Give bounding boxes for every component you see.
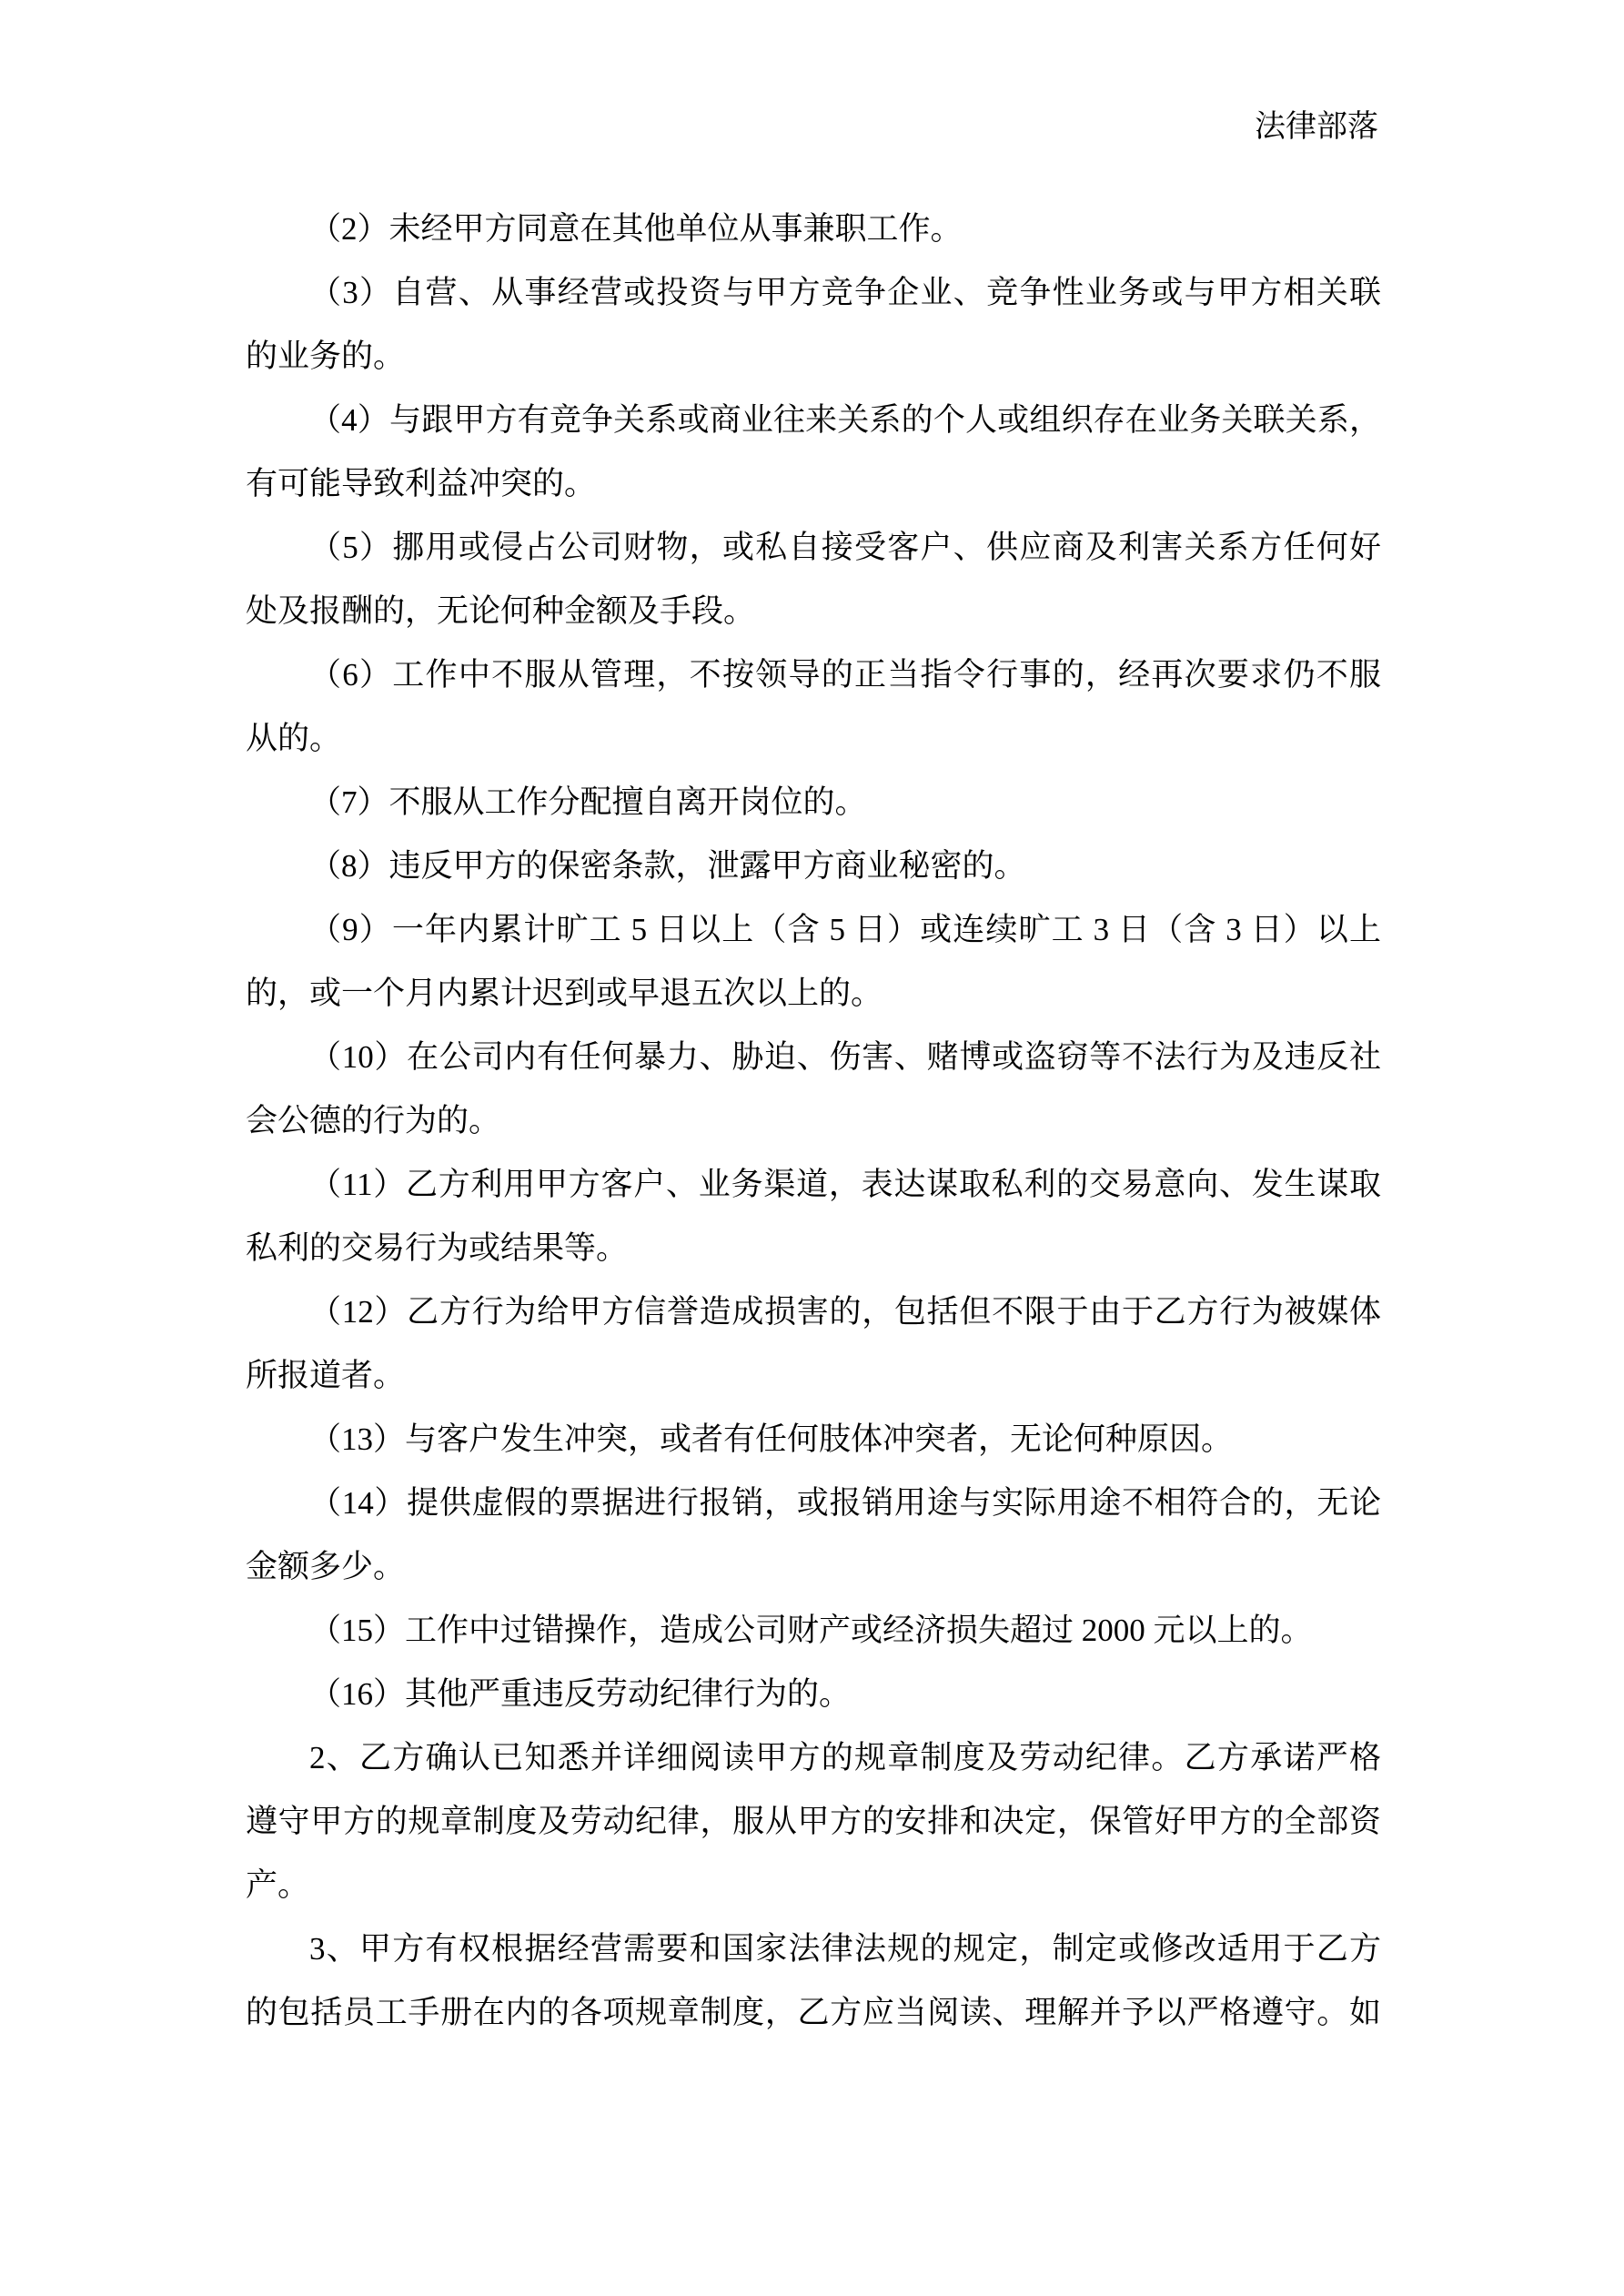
text-line: 会公德的行为的。 xyxy=(246,1089,1381,1153)
text-line: 的包括员工手册在内的各项规章制度，乙方应当阅读、理解并予以严格遵守。如 xyxy=(246,1981,1381,2045)
text-line: （7）不服从工作分配擅自离开岗位的。 xyxy=(246,771,1381,834)
text-line: 的业务的。 xyxy=(246,325,1381,389)
text-line: 从的。 xyxy=(246,707,1381,771)
text-line: （10）在公司内有任何暴力、胁迫、伤害、赌博或盗窃等不法行为及违反社 xyxy=(246,1026,1381,1089)
text-line: 的，或一个月内累计迟到或早退五次以上的。 xyxy=(246,962,1381,1026)
text-line: 处及报酬的，无论何种金额及手段。 xyxy=(246,580,1381,643)
text-line: （5）挪用或侵占公司财物，或私自接受客户、供应商及利害关系方任何好 xyxy=(246,516,1381,580)
text-line: （6）工作中不服从管理，不按领导的正当指令行事的，经再次要求仍不服 xyxy=(246,643,1381,707)
text-line: （12）乙方行为给甲方信誉造成损害的，包括但不限于由于乙方行为被媒体 xyxy=(246,1280,1381,1344)
text-line: 产。 xyxy=(246,1854,1381,1917)
text-line: （14）提供虚假的票据进行报销，或报销用途与实际用途不相符合的，无论 xyxy=(246,1472,1381,1535)
text-line: （8）违反甲方的保密条款，泄露甲方商业秘密的。 xyxy=(246,834,1381,898)
document-body: （2）未经甲方同意在其他单位从事兼职工作。（3）自营、从事经营或投资与甲方竞争企… xyxy=(246,197,1381,2045)
text-line: 所报道者。 xyxy=(246,1344,1381,1408)
text-line: 3、甲方有权根据经营需要和国家法律法规的规定，制定或修改适用于乙方 xyxy=(246,1917,1381,1981)
text-line: （16）其他严重违反劳动纪律行为的。 xyxy=(246,1663,1381,1726)
text-line: （2）未经甲方同意在其他单位从事兼职工作。 xyxy=(246,197,1381,261)
text-line: 私利的交易行为或结果等。 xyxy=(246,1217,1381,1280)
text-line: （15）工作中过错操作，造成公司财产或经济损失超过 2000 元以上的。 xyxy=(246,1599,1381,1663)
text-line: （3）自营、从事经营或投资与甲方竞争企业、竞争性业务或与甲方相关联 xyxy=(246,261,1381,325)
text-line: （11）乙方利用甲方客户、业务渠道，表达谋取私利的交易意向、发生谋取 xyxy=(246,1153,1381,1217)
text-line: （9）一年内累计旷工 5 日以上（含 5 日）或连续旷工 3 日（含 3 日）以… xyxy=(246,898,1381,962)
text-line: （4）与跟甲方有竞争关系或商业往来关系的个人或组织存在业务关联关系， xyxy=(246,389,1381,452)
document-page: 法律部落 （2）未经甲方同意在其他单位从事兼职工作。（3）自营、从事经营或投资与… xyxy=(0,0,1624,2296)
text-line: （13）与客户发生冲突，或者有任何肢体冲突者，无论何种原因。 xyxy=(246,1408,1381,1472)
brand-watermark: 法律部落 xyxy=(1255,108,1378,147)
text-line: 金额多少。 xyxy=(246,1535,1381,1599)
text-line: 2、乙方确认已知悉并详细阅读甲方的规章制度及劳动纪律。乙方承诺严格 xyxy=(246,1726,1381,1790)
text-line: 遵守甲方的规章制度及劳动纪律，服从甲方的安排和决定，保管好甲方的全部资 xyxy=(246,1790,1381,1854)
text-line: 有可能导致利益冲突的。 xyxy=(246,452,1381,516)
